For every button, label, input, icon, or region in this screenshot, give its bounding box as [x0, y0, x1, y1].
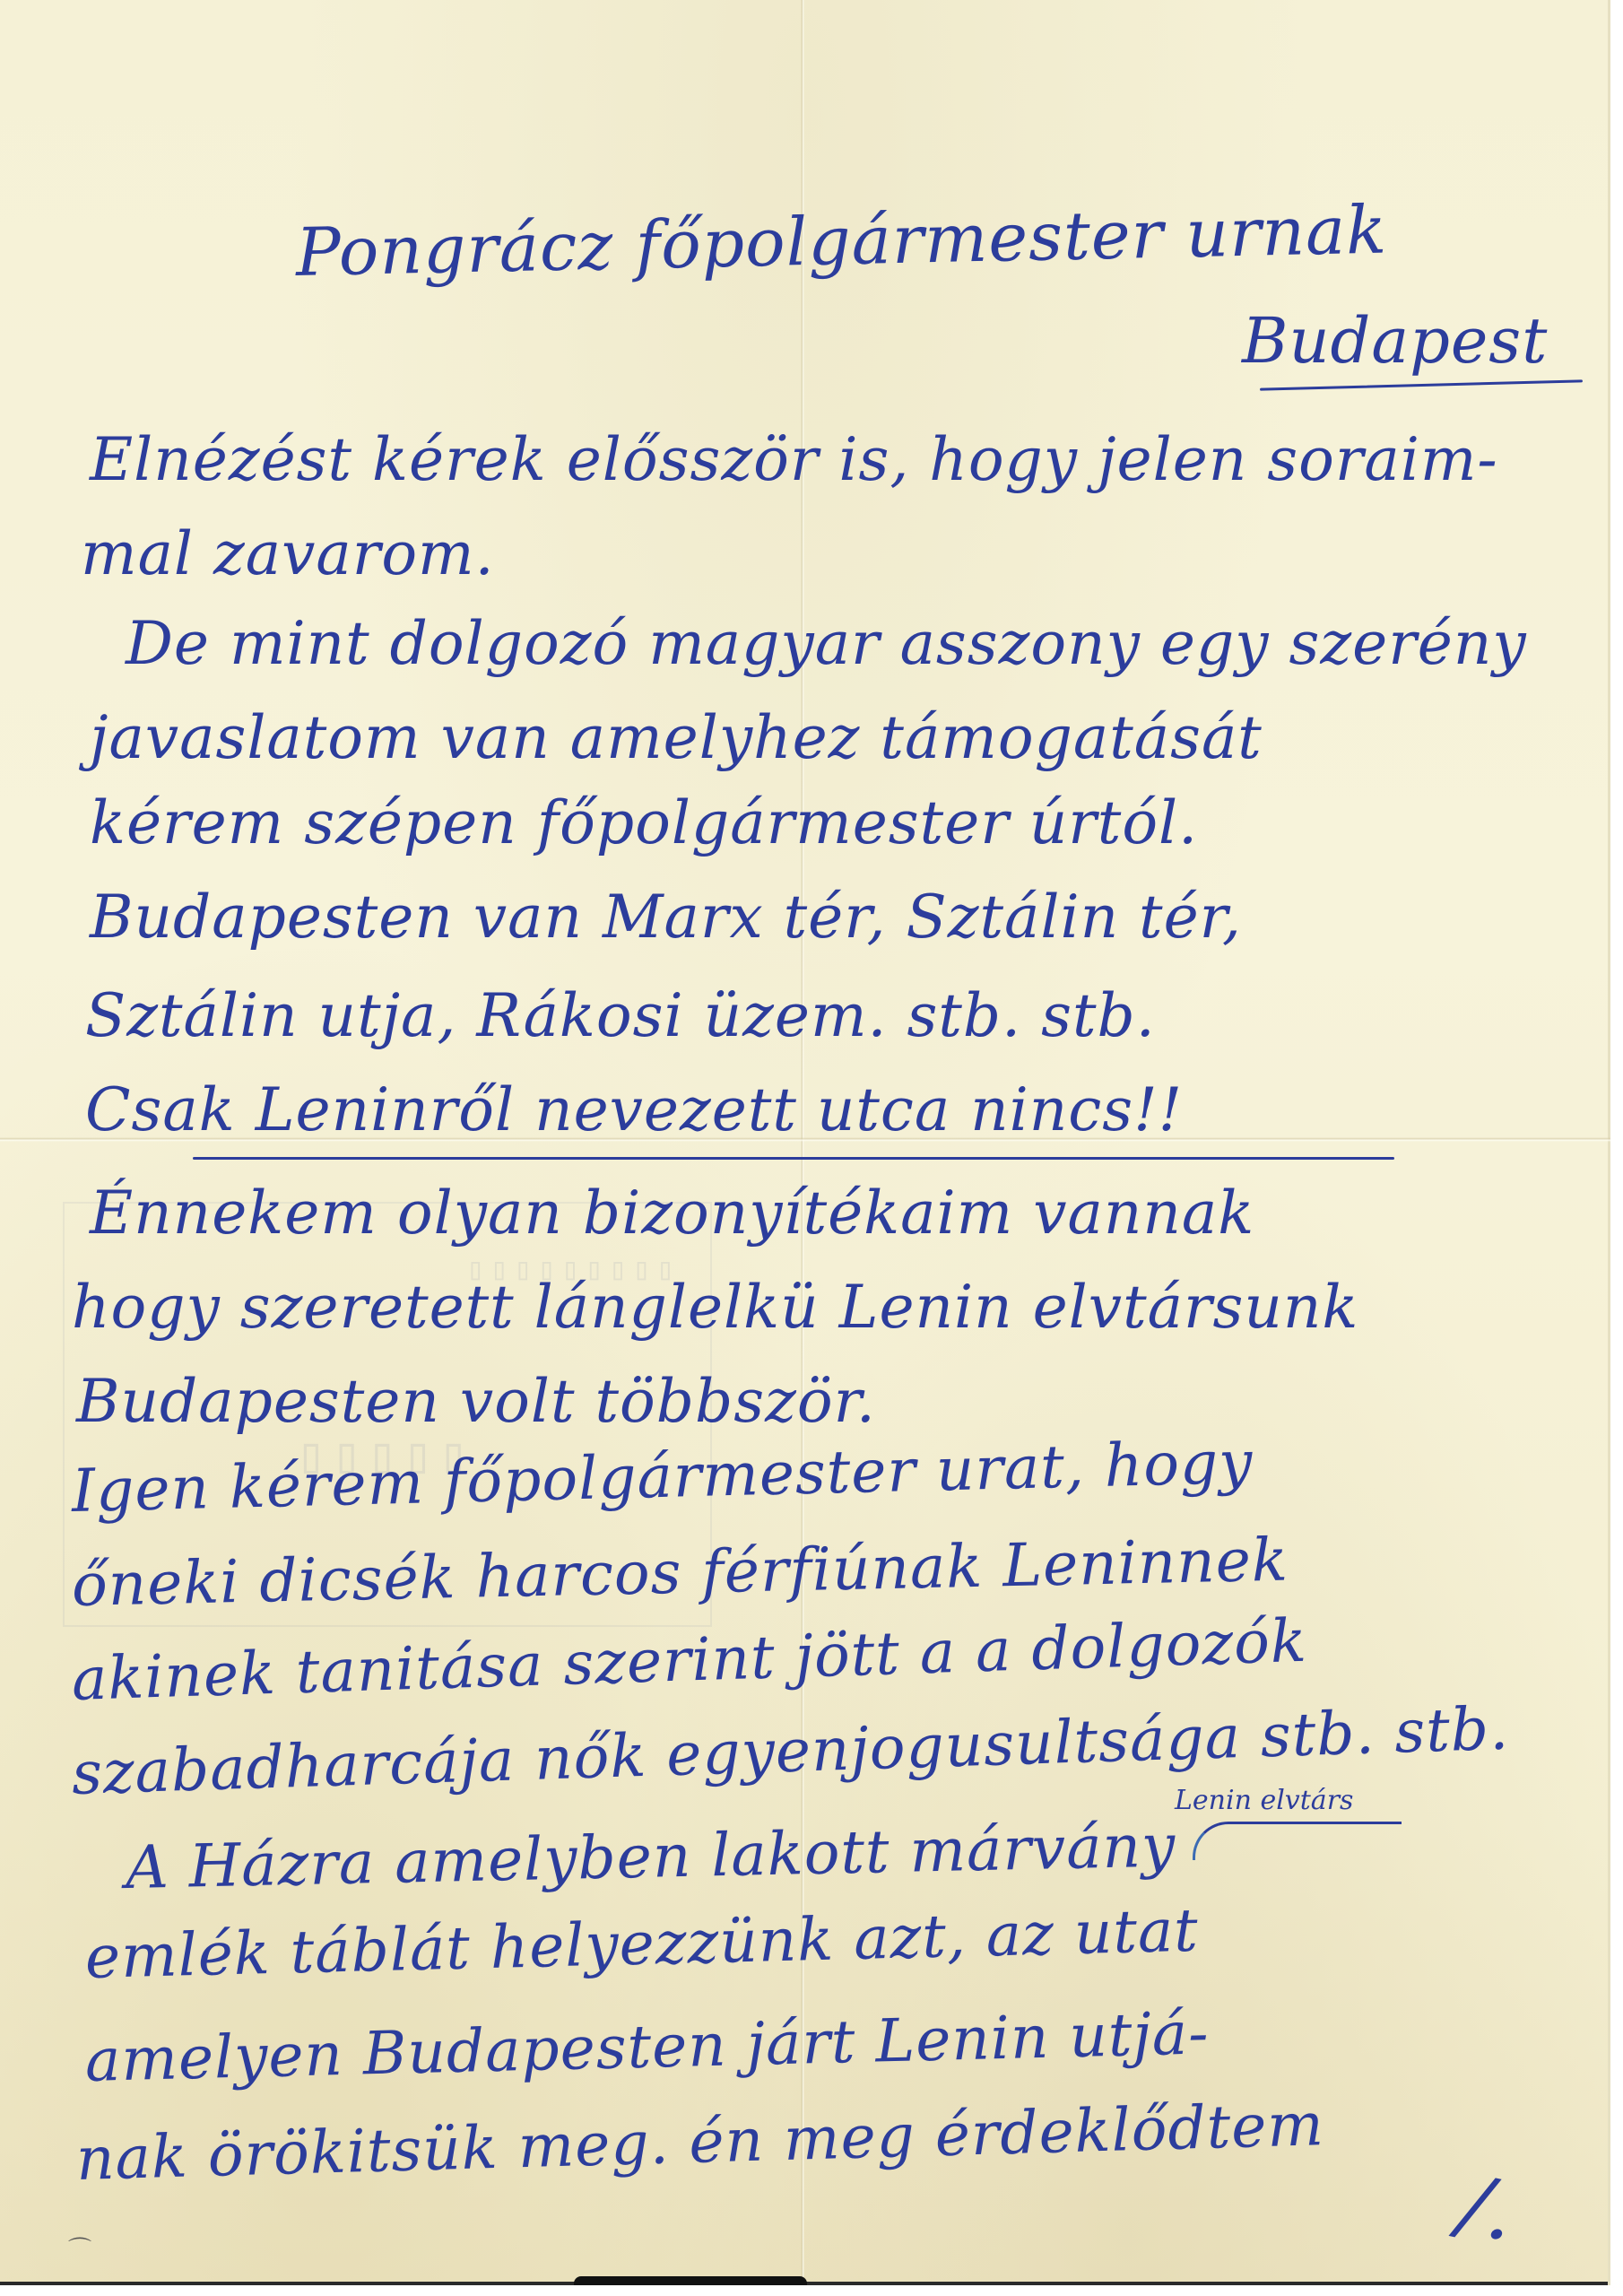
- letter-line: hogy szeretett lánglelkü Lenin elvtársun…: [72, 1278, 1358, 1337]
- letter-line: A Házra amelyben lakott márvány: [125, 1816, 1176, 1898]
- continuation-mark: /.: [1453, 2157, 1523, 2260]
- interlinear-insertion: Lenin elvtárs: [1175, 1785, 1353, 1816]
- letter-line: nak örökitsük meg. én meg érdeklődtem: [75, 2095, 1325, 2189]
- letter-line: Énnekem olyan bizonyítékaim vannak: [90, 1184, 1254, 1243]
- letter-line: mal zavarom.: [81, 525, 495, 584]
- letter-line: kérem szépen főpolgármester úrtól.: [90, 794, 1198, 853]
- insertion-caret-arc: [1193, 1822, 1402, 1860]
- letter-line: emlék táblát helyezzünk azt, az utat: [84, 1901, 1199, 1987]
- letter-line: javaslatom van amelyhez támogatását: [90, 709, 1263, 768]
- letter-line: De mint dolgozó magyar asszony egy szeré…: [126, 614, 1527, 674]
- letter-line: Elnézést kérek elősször is, hogy jelen s…: [90, 430, 1498, 490]
- addressee-line: Pongrácz főpolgármester urnak: [295, 197, 1388, 286]
- letter-page: ▯▯▯▯▯▯▯▯▯ ▯▯▯▯▯ Pongrácz főpolgármester …: [0, 0, 1610, 2285]
- city-underline: [1260, 379, 1583, 390]
- scan-shadow: [574, 2276, 807, 2285]
- emphasis-underline: [193, 1157, 1394, 1160]
- letter-line: amelyen Budapesten járt Lenin utjá-: [84, 2004, 1210, 2091]
- city-line: Budapest: [1242, 309, 1548, 372]
- letter-line: Budapesten volt többször.: [76, 1372, 876, 1431]
- letter-line: Sztálin utja, Rákosi üzem. stb. stb.: [85, 987, 1156, 1046]
- margin-tick: ⌒: [68, 2231, 91, 2265]
- letter-line-emphasis: Csak Leninről nevezett utca nincs!!: [85, 1081, 1183, 1140]
- letter-line: Budapesten van Marx tér, Sztálin tér,: [90, 888, 1242, 947]
